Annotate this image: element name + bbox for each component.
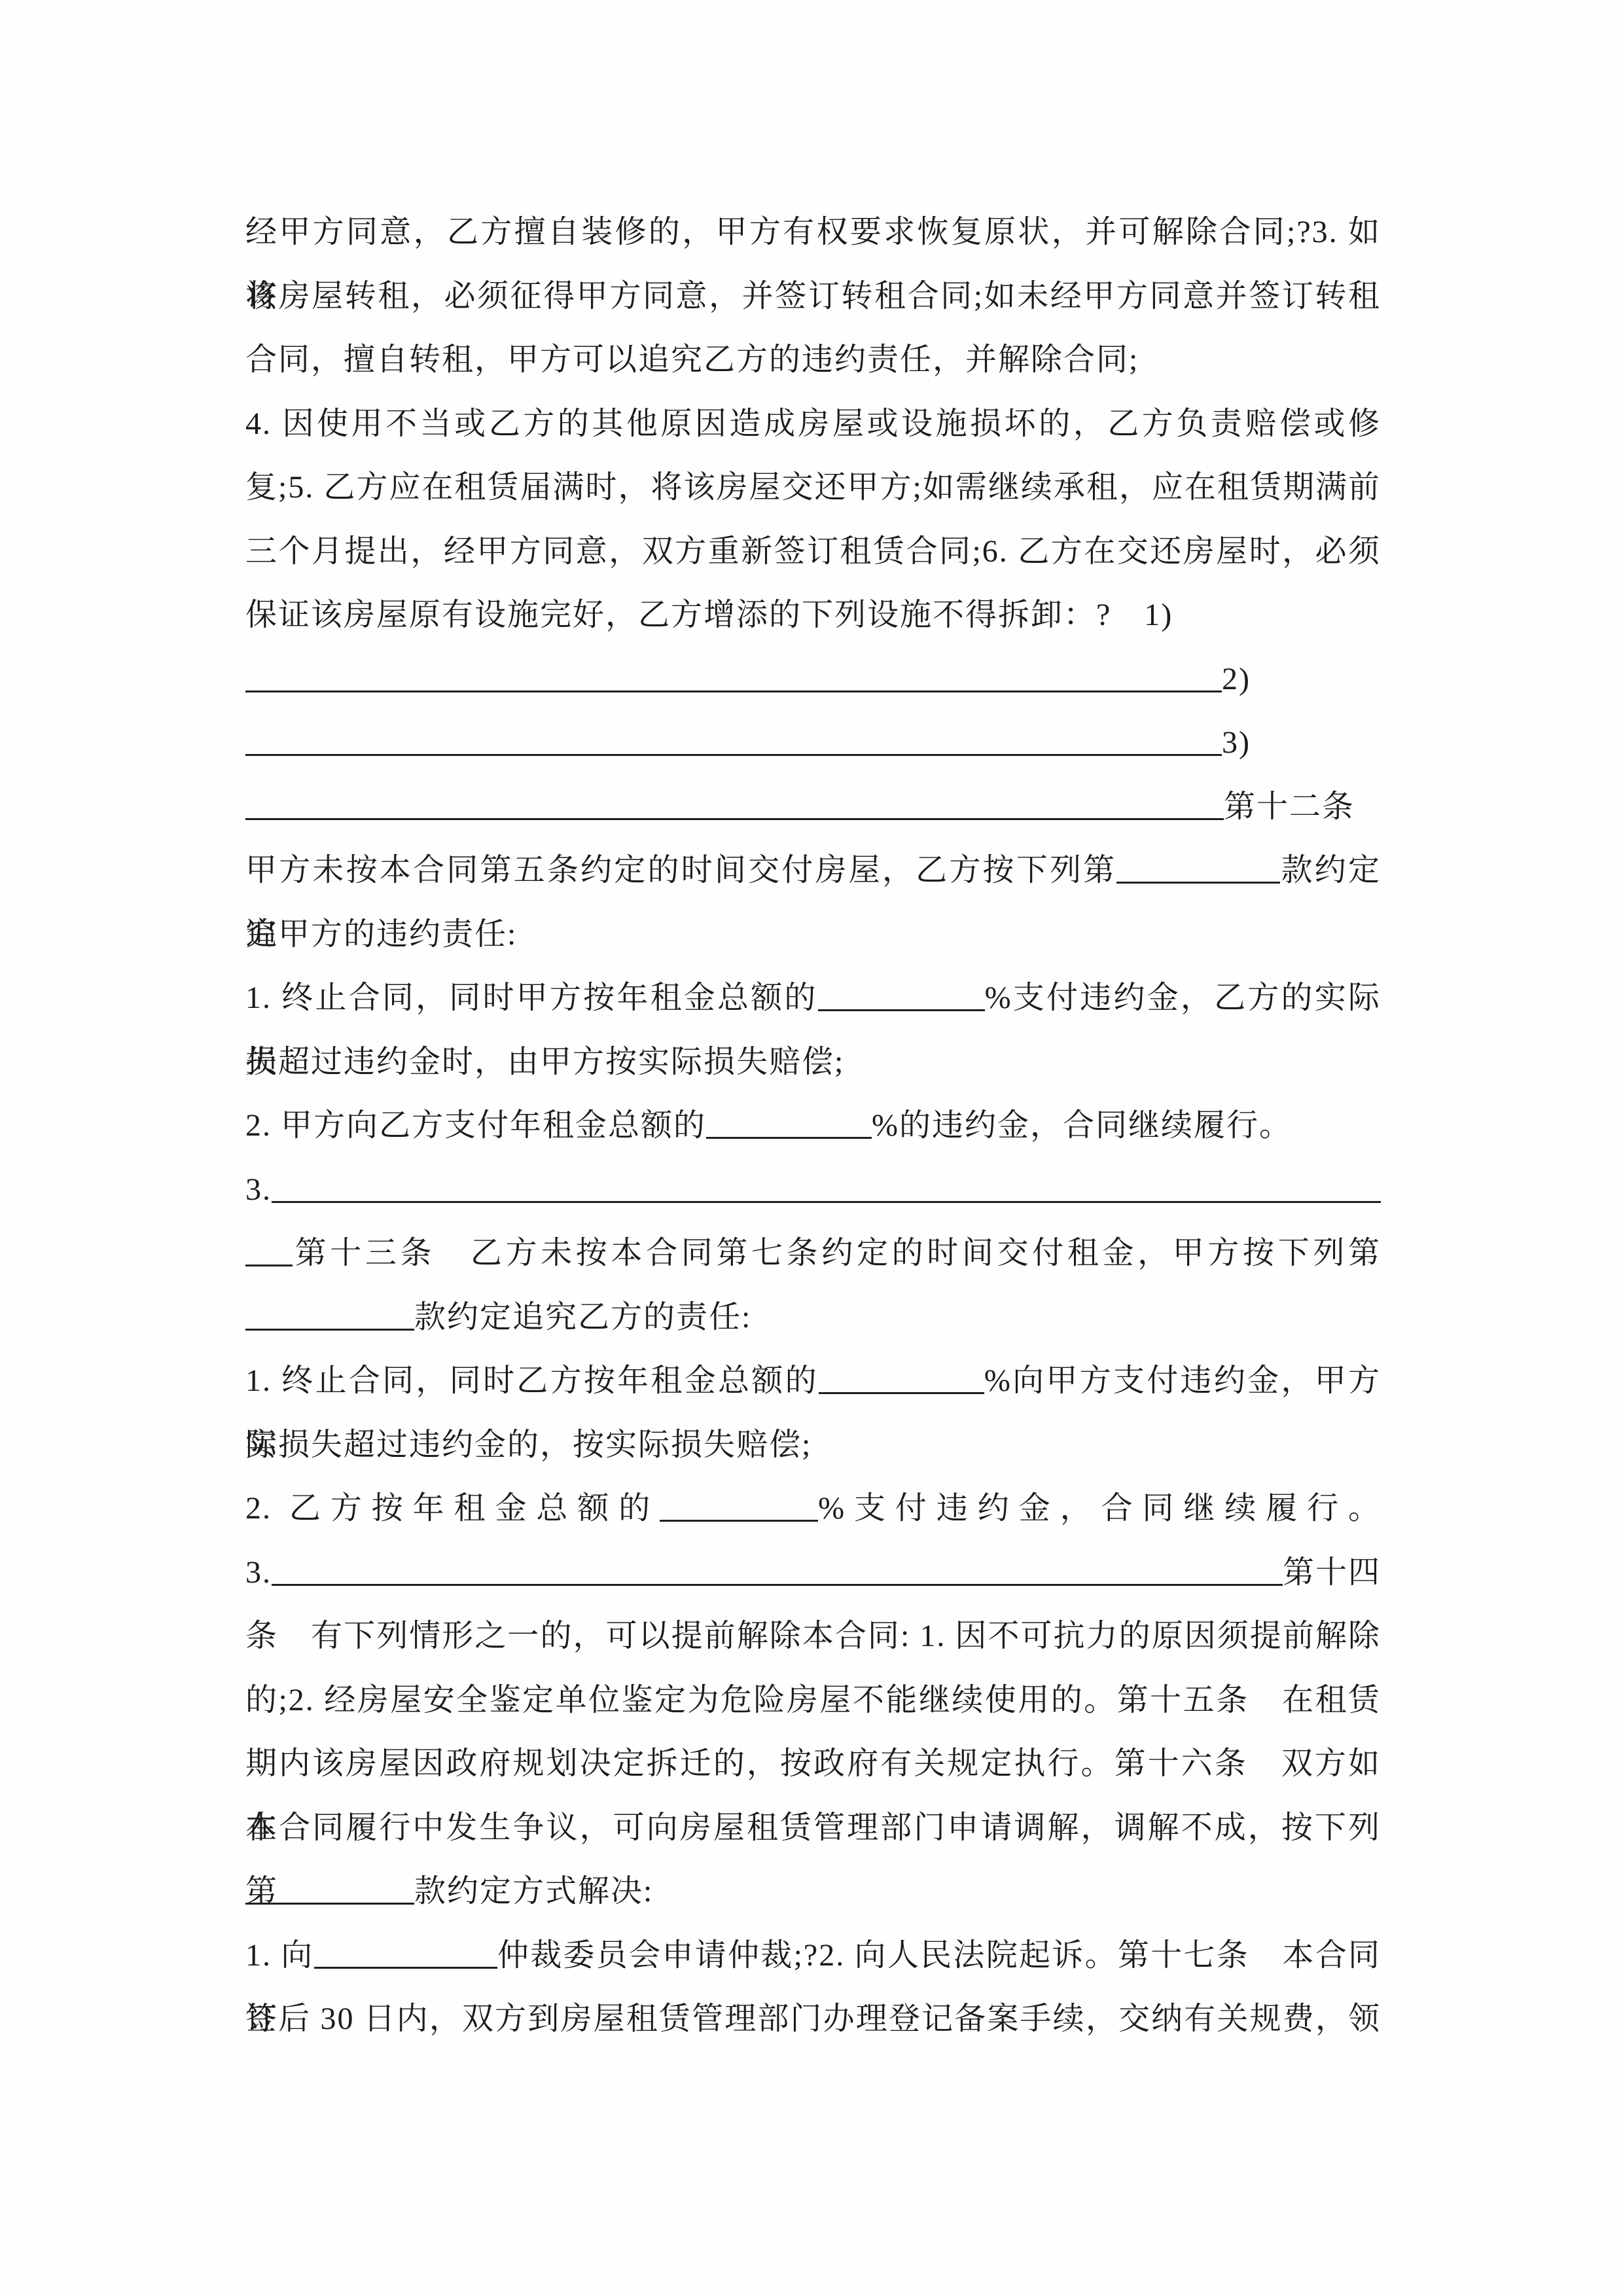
blank-fill-field bbox=[314, 1938, 497, 1969]
blank-fill-field bbox=[245, 725, 1222, 756]
text-line: 1. 向仲裁委员会申请仲裁;?2. 向人民法院起诉。第十七条 本合同签 bbox=[245, 1924, 1381, 1988]
text-line: 1. 终止合同，同时乙方按年租金总额的%向甲方支付违约金，甲方实 bbox=[245, 1349, 1381, 1413]
text-segment: 3. bbox=[245, 1541, 272, 1605]
text-segment: 合同，擅自转租，甲方可以追究乙方的违约责任，并解除合同; bbox=[245, 342, 1139, 377]
text-line: 3) bbox=[245, 711, 1381, 775]
text-segment: 1. 向 bbox=[245, 1938, 314, 1973]
text-line: 复;5. 乙方应在租赁届满时，将该房屋交还甲方;如需继续承租，应在租赁期满前 bbox=[245, 456, 1381, 520]
text-segment: 失超过违约金时，由甲方按实际损失赔偿; bbox=[245, 1045, 844, 1079]
text-line: 期内该房屋因政府规划决定拆迁的，按政府有关规定执行。第十六条 双方如在 bbox=[245, 1732, 1381, 1796]
blank-fill-field bbox=[245, 1236, 293, 1266]
text-segment: 1. 终止合同，同时甲方按年租金总额的 bbox=[245, 980, 818, 1015]
text-line: 第十二条 bbox=[245, 775, 1381, 839]
text-segment: 第十三条 乙方未按本合同第七条约定的时间交付租金，甲方按下列第 bbox=[293, 1236, 1381, 1270]
text-line: 1. 终止合同，同时甲方按年租金总额的%支付违约金，乙方的实际损 bbox=[245, 966, 1381, 1030]
blank-fill-field bbox=[272, 1201, 1381, 1203]
document-body: 经甲方同意，乙方擅自装修的，甲方有权要求恢复原状，并可解除合同;?3. 如将该房… bbox=[245, 200, 1381, 2051]
text-line: 甲方未按本合同第五条约定的时间交付房屋，乙方按下列第款约定追 bbox=[245, 838, 1381, 903]
blank-fill-field bbox=[1116, 853, 1280, 884]
text-line: 失超过违约金时，由甲方按实际损失赔偿; bbox=[245, 1030, 1381, 1094]
text-segment: 究甲方的违约责任: bbox=[245, 917, 517, 952]
text-segment: 第十二条 bbox=[1224, 789, 1355, 824]
blank-fill-field bbox=[706, 1108, 872, 1139]
text-segment: 际损失超过违约金的，按实际损失赔偿; bbox=[245, 1427, 811, 1462]
text-segment: 3) bbox=[1222, 725, 1251, 760]
text-line: 该房屋转租，必须征得甲方同意，并签订转租合同;如未经甲方同意并签订转租 bbox=[245, 264, 1381, 329]
text-segment: %的违约金，合同继续履行。 bbox=[872, 1108, 1292, 1143]
text-segment: 款约定追究乙方的责任: bbox=[414, 1300, 751, 1335]
text-segment: 3. bbox=[245, 1158, 272, 1222]
text-line: 的;2. 经房屋安全鉴定单位鉴定为危险房屋不能继续使用的。第十五条 在租赁 bbox=[245, 1668, 1381, 1732]
text-segment: 1. 终止合同，同时乙方按年租金总额的 bbox=[245, 1363, 819, 1398]
blank-fill-field bbox=[245, 789, 1224, 820]
text-segment: %支付违约金，合同继续履行。 bbox=[818, 1491, 1381, 1526]
text-line: 本合同履行中发生争议，可向房屋租赁管理部门申请调解，调解不成，按下列第 bbox=[245, 1796, 1381, 1860]
text-line: 第十三条 乙方未按本合同第七条约定的时间交付租金，甲方按下列第 bbox=[245, 1221, 1381, 1285]
blank-fill-field bbox=[819, 1363, 984, 1394]
blank-fill-field bbox=[245, 1874, 414, 1905]
text-segment: 款约定方式解决: bbox=[414, 1874, 653, 1909]
text-line: 保证该房屋原有设施完好，乙方增添的下列设施不得拆卸：? 1) bbox=[245, 583, 1381, 647]
text-line: 3.第十四 bbox=[245, 1541, 1381, 1605]
text-line: 2. 甲方向乙方支付年租金总额的%的违约金，合同继续履行。 bbox=[245, 1094, 1381, 1158]
text-line: 合同，擅自转租，甲方可以追究乙方的违约责任，并解除合同; bbox=[245, 328, 1381, 392]
text-line: 2. 乙方按年租金总额的%支付违约金，合同继续履行。 bbox=[245, 1477, 1381, 1541]
text-segment: 的;2. 经房屋安全鉴定单位鉴定为危险房屋不能继续使用的。第十五条 在租赁 bbox=[245, 1683, 1381, 1717]
text-segment: 甲方未按本合同第五条约定的时间交付房屋，乙方按下列第 bbox=[245, 853, 1116, 888]
text-line: 际损失超过违约金的，按实际损失赔偿; bbox=[245, 1413, 1381, 1477]
text-line: 订后 30 日内，双方到房屋租赁管理部门办理登记备案手续，交纳有关规费，领 bbox=[245, 1987, 1381, 2051]
text-segment: 2. 甲方向乙方支付年租金总额的 bbox=[245, 1108, 706, 1143]
text-segment: 4. 因使用不当或乙方的其他原因造成房屋或设施损坏的，乙方负责赔偿或修 bbox=[245, 406, 1381, 441]
text-line: 3. bbox=[245, 1158, 1381, 1222]
text-line: 款约定方式解决: bbox=[245, 1859, 1381, 1924]
text-segment: 第十四 bbox=[1283, 1541, 1381, 1605]
text-segment: 保证该房屋原有设施完好，乙方增添的下列设施不得拆卸：? 1) bbox=[245, 598, 1173, 632]
text-segment: 2. 乙方按年租金总额的 bbox=[245, 1491, 660, 1526]
text-segment: 订后 30 日内，双方到房屋租赁管理部门办理登记备案手续，交纳有关规费，领 bbox=[245, 2001, 1381, 2036]
text-line: 经甲方同意，乙方擅自装修的，甲方有权要求恢复原状，并可解除合同;?3. 如将 bbox=[245, 200, 1381, 264]
text-line: 2) bbox=[245, 647, 1381, 711]
text-segment: 该房屋转租，必须征得甲方同意，并签订转租合同;如未经甲方同意并签订转租 bbox=[245, 279, 1381, 314]
text-segment: 复;5. 乙方应在租赁届满时，将该房屋交还甲方;如需继续承租，应在租赁期满前 bbox=[245, 470, 1381, 505]
blank-fill-field bbox=[818, 980, 985, 1011]
text-line: 究甲方的违约责任: bbox=[245, 903, 1381, 967]
blank-fill-field bbox=[245, 1300, 414, 1331]
blank-fill-field bbox=[272, 1584, 1283, 1586]
text-line: 三个月提出，经甲方同意，双方重新签订租赁合同;6. 乙方在交还房屋时，必须 bbox=[245, 520, 1381, 584]
text-line: 条 有下列情形之一的，可以提前解除本合同: 1. 因不可抗力的原因须提前解除 bbox=[245, 1604, 1381, 1668]
text-line: 款约定追究乙方的责任: bbox=[245, 1285, 1381, 1350]
text-segment: 三个月提出，经甲方同意，双方重新签订租赁合同;6. 乙方在交还房屋时，必须 bbox=[245, 534, 1381, 569]
text-segment: 条 有下列情形之一的，可以提前解除本合同: 1. 因不可抗力的原因须提前解除 bbox=[245, 1619, 1381, 1653]
text-line: 4. 因使用不当或乙方的其他原因造成房屋或设施损坏的，乙方负责赔偿或修 bbox=[245, 392, 1381, 456]
blank-fill-field bbox=[660, 1491, 818, 1522]
contract-document-page: 经甲方同意，乙方擅自装修的，甲方有权要求恢复原状，并可解除合同;?3. 如将该房… bbox=[0, 0, 1623, 2296]
text-segment: 2) bbox=[1222, 662, 1251, 696]
blank-fill-field bbox=[245, 662, 1222, 692]
